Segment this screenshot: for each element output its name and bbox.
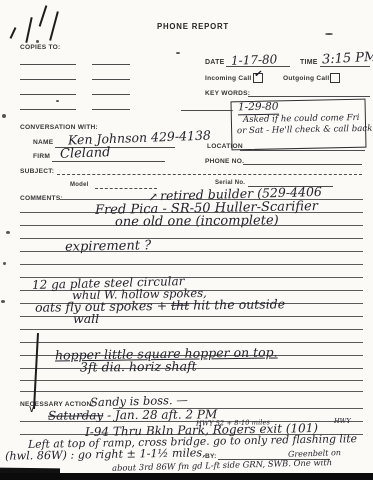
ink-speck bbox=[6, 231, 10, 234]
copies-line bbox=[92, 79, 130, 80]
subject-line bbox=[57, 174, 362, 175]
comments-line6a: oats fly out spokes + bbox=[35, 298, 171, 315]
comments-line2: one old one (incomplete) bbox=[115, 214, 279, 228]
ink-speck bbox=[1, 300, 5, 303]
ink-speck bbox=[36, 40, 39, 43]
necessary-action-label: NECESSARY ACTION: bbox=[20, 401, 94, 408]
conversation-with-label: CONVERSATION WITH: bbox=[20, 124, 98, 131]
comments-line6-struck: tht bbox=[171, 298, 189, 313]
ruled-line bbox=[20, 342, 363, 343]
comments-line3: expirement ? bbox=[65, 239, 151, 254]
pen-stroke bbox=[10, 27, 17, 39]
model-line bbox=[95, 188, 157, 189]
copies-line bbox=[92, 109, 130, 110]
copies-line bbox=[20, 94, 76, 95]
action-line4: (hwl. 86W) : go right ± 1-1½ miles, bbox=[5, 447, 206, 462]
ink-speck bbox=[56, 100, 59, 102]
name-value: Ken Johnson 429-4138 bbox=[68, 130, 211, 147]
by-label: BY: bbox=[205, 453, 217, 460]
name-label: NAME bbox=[33, 139, 53, 146]
location-line bbox=[240, 150, 365, 151]
outgoing-call-label: Outgoing Call bbox=[283, 75, 329, 82]
firm-value: Cleland bbox=[60, 146, 111, 161]
copies-line bbox=[20, 109, 76, 110]
comments-label: COMMENTS: bbox=[20, 195, 63, 202]
comments-line7: wall bbox=[73, 313, 99, 326]
ruled-line bbox=[20, 380, 363, 381]
copies-line bbox=[20, 64, 76, 65]
copies-line bbox=[20, 79, 76, 80]
location-label: LOCATION bbox=[207, 143, 243, 150]
firm-label: FIRM bbox=[33, 153, 50, 160]
incoming-call-label: Incoming Call bbox=[205, 75, 251, 82]
ink-speck bbox=[325, 33, 333, 35]
scan-artifact bbox=[0, 473, 373, 480]
comments-line6b: hit the outside bbox=[189, 296, 285, 312]
phone-report-scan: PHONE REPORT COPIES TO: DATE 1-17-80 TIM… bbox=[0, 0, 373, 480]
copies-line bbox=[92, 94, 130, 95]
time-label: TIME bbox=[300, 59, 318, 66]
key-words-line2 bbox=[181, 110, 233, 111]
note-line2: or Sat - He'll check & call back. bbox=[237, 125, 373, 136]
ink-speck bbox=[3, 262, 6, 265]
phone-no-label: PHONE NO. bbox=[205, 158, 244, 165]
checkmark-icon: ✓ bbox=[253, 68, 263, 80]
action-line1: Saturday - Jan. 28 aft. 2 PM bbox=[48, 408, 217, 421]
ink-speck bbox=[2, 114, 6, 118]
copies-line bbox=[92, 64, 130, 65]
action-line2-sup2: HWY bbox=[334, 418, 351, 425]
phone-no-line bbox=[243, 164, 362, 165]
pen-stroke bbox=[25, 17, 32, 43]
ruled-line bbox=[20, 264, 363, 265]
key-words-label: KEY WORDS: bbox=[205, 90, 250, 97]
date-label: DATE bbox=[205, 59, 225, 66]
ruled-line bbox=[20, 316, 363, 317]
pen-stroke bbox=[39, 5, 48, 27]
date-value: 1-17-80 bbox=[231, 53, 278, 67]
time-value: 3:15 PM bbox=[322, 51, 373, 67]
copies-to-label: COPIES TO: bbox=[20, 44, 60, 51]
margin-stroke bbox=[33, 333, 39, 409]
ruled-line bbox=[20, 329, 363, 330]
page-title: PHONE REPORT bbox=[157, 22, 229, 31]
model-label: Model bbox=[70, 182, 89, 188]
subject-label: SUBJECT: bbox=[20, 168, 54, 175]
pen-stroke bbox=[49, 11, 59, 40]
comments-line9: 3ft dia. horiz shaft bbox=[80, 360, 197, 374]
outgoing-call-checkbox bbox=[330, 73, 340, 83]
note-date: 1-29-80 bbox=[238, 102, 279, 115]
ink-speck bbox=[176, 52, 180, 54]
action-line1-struck: Saturday bbox=[48, 408, 103, 422]
ruled-line bbox=[20, 391, 363, 392]
key-words-line bbox=[248, 96, 370, 97]
note-line1: Asked if he could come Fri bbox=[243, 114, 360, 125]
